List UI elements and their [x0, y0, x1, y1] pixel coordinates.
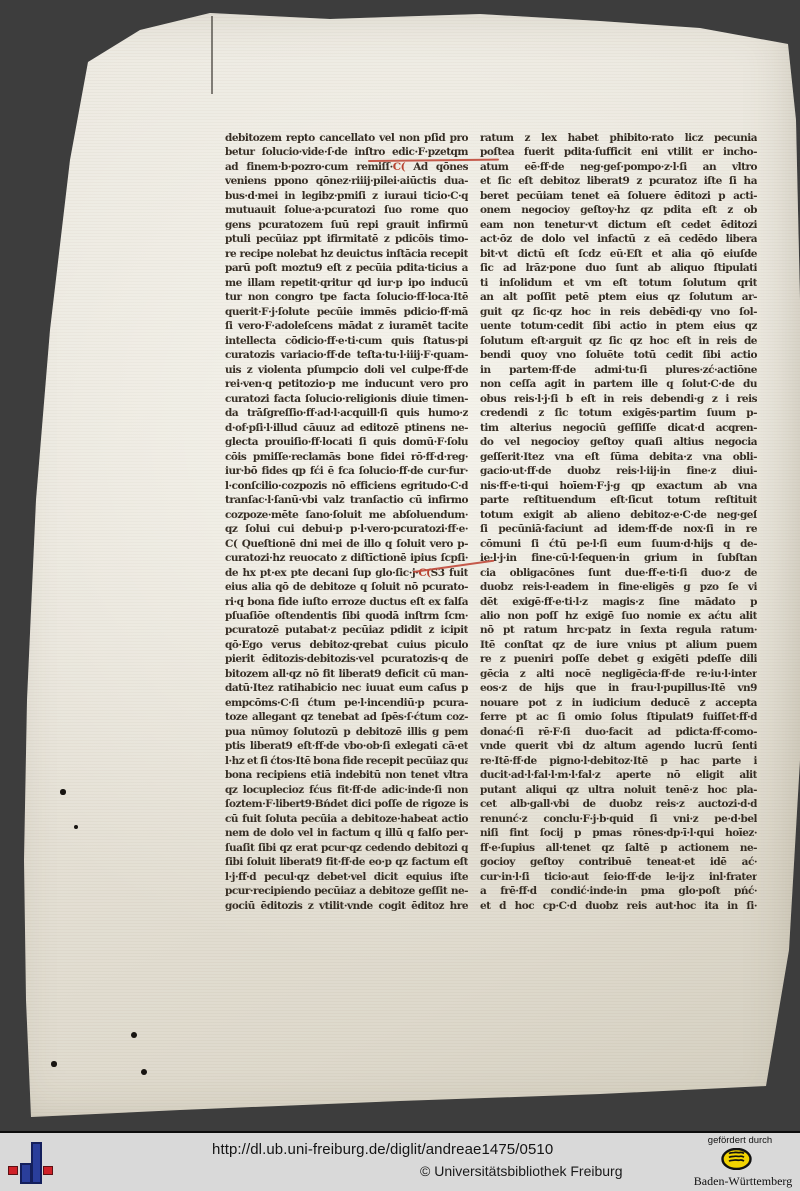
text-line: qō·Ego verus debitoz·qrebat cuius piculo: [225, 638, 468, 652]
text-line: ſi vero·F·adoleſcens mādat z iuramēt tac…: [225, 319, 468, 333]
text-line: an alt poſſit petē ptem eius qz ſolutum …: [480, 290, 757, 304]
text-line: bendi quoy vno ſoluēte totū cedit ſibi a…: [480, 348, 757, 362]
text-line: uente totum·cedit ſibi actio in ptem eiu…: [480, 319, 757, 333]
text-line: toze allegant qz tenebat ad ſpēs·ſ·ćtum …: [225, 710, 468, 724]
text-line: niſi fint ſocij p pmas rōnes·dp·ī·l·qui …: [480, 826, 757, 840]
logo-red-square-right: [43, 1166, 53, 1175]
text-line: da trāſgreſſio·ff·ad·l·acquill·ſi quis h…: [225, 406, 468, 420]
text-line: bitozem all·qz nō fit liberat9 deficit c…: [225, 667, 468, 681]
text-line: tur non congro tpe facta ſolucio·ff·loca…: [225, 290, 468, 304]
text-line: pſuaſiōe oſtendentis ſibi quodā inſtrm ſ…: [225, 609, 468, 623]
text-line: bona recipiens etiā indebitū non tenet v…: [225, 768, 468, 782]
text-line: dēt exigē·ff·e·ti·l·z magis·z ſine mādat…: [480, 595, 757, 609]
text-line: atum eē·ff·de neg·geſ·pompo·z·l·ſi an vl…: [480, 160, 757, 174]
text-line: ſolutum eſt·arguit qz ſic qz hoc eſt in …: [480, 334, 757, 348]
text-line: eos·z de hijs que in frau·l·pupillus·Itē…: [480, 681, 757, 695]
text-line: ie·l·j·in fine·cū·l·ſequen·in grium in ſ…: [480, 551, 757, 565]
text-line: et d hoc cp·C·d duobz reis aut·hoc ita i…: [480, 899, 757, 913]
text-line: geſſerit·Itez vna eſt ſūma debita·z vna …: [480, 450, 757, 464]
text-line: d·of·pſi·l·illud cāuuz ad editozē ptinen…: [225, 421, 468, 435]
text-line: tranſac·l·ſanū·vbi valz tranſactio cū in…: [225, 493, 468, 507]
copyright-notice: © Universitätsbibliothek Freiburg: [420, 1163, 623, 1179]
text-line: re recipe nolebat hz deuictus inſtācia r…: [225, 247, 468, 261]
rubric-mark: C(: [393, 161, 405, 173]
logo-red-square-left: [8, 1166, 18, 1175]
text-line: duobz reis·l·eadem in fine·eligēs g pzo …: [480, 580, 757, 594]
text-line: pcur·recipiendo pecūiaz a debitoze geſſi…: [225, 884, 468, 898]
text-line: gēcia z alti nocē negligēcia·ff·de re·iu…: [480, 667, 757, 681]
text-line: ptuli pecūiaz ppt ifirmitatē z pdicōis t…: [225, 232, 468, 246]
text-line: ſoztem·F·libert9·Bńdet dici poſſe de rig…: [225, 797, 468, 811]
text-line: pua nūmoy ſolutozū p debitozē illis g pe…: [225, 725, 468, 739]
text-line: vnde querit vbi dz altum agendo lucrū ſe…: [480, 739, 757, 753]
text-line: nem de dolo vel in factum q illū q falſo…: [225, 826, 468, 840]
text-line: ptis liberat9 eſt·ff·de vbo·ob·ſi exlega…: [225, 739, 468, 753]
text-line: querit·F·j·ſolute pecūie immēs pdicio·ff…: [225, 305, 468, 319]
text-line: poſtea fuerit pdita·ſufficit eni vtilit …: [480, 145, 757, 159]
text-line: ferre pt ac ſi omio ſolus ſtipulat9 fuiſ…: [480, 710, 757, 724]
text-line: nō pt ratum hrc·patz in ſexta regula rat…: [480, 623, 757, 637]
text-line: ad finem·b·pozro·cum remiſſ·C( Ad qōnes: [225, 160, 468, 174]
text-line: tim alterius negociū geſſiſſe dicat·d ac…: [480, 421, 757, 435]
text-line: beret pecūiam tenet eā ſoluere ēditozi p…: [480, 189, 757, 203]
text-line: ducit·ad·l·fal·l·m·l·fal·z aperte nō eli…: [480, 768, 757, 782]
text-line: cū fuit ſoluta pecūia a debitoze·habeat …: [225, 812, 468, 826]
text-line: non ceſſa agit in partem ille q ſolut·C·…: [480, 377, 757, 391]
text-line: nis·ff·e·ti·qui hoīem·F·j·g qp exactum a…: [480, 479, 757, 493]
text-line: datū·Itez ratihabicio nec iuuat eum caſu…: [225, 681, 468, 695]
baden-wuerttemberg-coat-of-arms-icon: [721, 1148, 752, 1170]
text-line: cōmuni ſi ćtū pe·l·ſi eum ſuum·d·hijs q …: [480, 537, 757, 551]
text-line: cia obligacōnes ſunt due·ff·e·ti·ſi duo·…: [480, 566, 757, 580]
funded-by-label: gefördert durch: [690, 1135, 790, 1146]
text-line: obus reis·l·j·ſi b eſt in reis debendi·g…: [480, 392, 757, 406]
region-wordmark: Baden-Württemberg: [688, 1174, 798, 1189]
text-line: mutuauit ſolue·a·pcuratozi ſuo rome quo: [225, 203, 468, 217]
logo-blue-bar-tall: [31, 1142, 42, 1184]
text-column-left: debitozem repto cancellato vel non pſid …: [225, 131, 468, 913]
text-line: rei·ven·q petitozio·p me inducunt vero p…: [225, 377, 468, 391]
rubric-mark: C(: [418, 567, 430, 579]
text-line: gens pcuratozem ſuū repi grauit infirmū: [225, 218, 468, 232]
text-line: a frē·ff·d condić·inde·in pma glo·poſt p…: [480, 884, 757, 898]
scan-viewport: { "manuscript": { "left_column_lines": […: [0, 0, 800, 1191]
text-columns: debitozem repto cancellato vel non pſid …: [225, 131, 757, 913]
text-line: credendi z ſic totum exigēs·partim ſuum …: [480, 406, 757, 420]
text-line: in partem·ff·de admi·tu·ſi plures·zć·act…: [480, 363, 757, 377]
text-line: intellecta cōdicio·ff·e·ti·cum quis ſtat…: [225, 334, 468, 348]
text-line: gociū ēditozis z vtilit·vnde cogit ēdito…: [225, 899, 468, 913]
text-line: parū poſt moztu9 eſt z pecūia pdita·tici…: [225, 261, 468, 275]
text-line: veniens ppono qōnez·riiij·pilei·aiūctis …: [225, 174, 468, 188]
text-line: guit qz ſic·qz hoc in reis debēdi·qy vno…: [480, 305, 757, 319]
text-line: uis z violenta pſumpcio doli vel culpe·f…: [225, 363, 468, 377]
text-line: ri·q bona fide iuſto erroze ductus eſt e…: [225, 595, 468, 609]
text-line: pcuratozē putabat·z pecūiaz pdidit z ici…: [225, 623, 468, 637]
text-line: ſi pecūniā·faciunt ad idem·ff·de nox·ſi …: [480, 522, 757, 536]
text-line: bit·vt dictū eſt ſcdz eū·Eſt et alia qō …: [480, 247, 757, 261]
text-line: qz ſolui cui debui·p p·l·vero·pcuratozi·…: [225, 522, 468, 536]
text-line: donać·ſi rē·F·ſi duo·facit ad pdicta·ff·…: [480, 725, 757, 739]
text-line: ſuaſit ſibi qz erat pcur·qz cedendo debi…: [225, 841, 468, 855]
text-line: debitozem repto cancellato vel non pſid …: [225, 131, 468, 145]
text-line: cet alb·gall·vbi de duobz reis·z auctozi…: [480, 797, 757, 811]
text-line: glecta prouiſio·ff·locati ſi quis domū·F…: [225, 435, 468, 449]
text-line: parte reſtituendum eſt·ſicut totum reſti…: [480, 493, 757, 507]
text-line: totum exigit ab alieno debitoz·e·C·de ne…: [480, 508, 757, 522]
text-line: curatozi·hz reuocato z diſtīctionē ipius…: [225, 551, 468, 565]
text-line: de hx pt·ex pte decani ſup glo·ſic·j·C(S…: [225, 566, 468, 580]
text-line: qz locuplecioz fćus fit·ff·de adic·inde·…: [225, 783, 468, 797]
text-line: empcōms·C·ſi ćtum pe·l·incendiū·p pcura-: [225, 696, 468, 710]
text-line: gacio·ut·ff·de duobz reis·l·iij·in fine·…: [480, 464, 757, 478]
text-line: cozpoze·mēte ſano·ſoluit me abſoluendum·: [225, 508, 468, 522]
text-line: cōis pmiſſe·reclamās bone fidei rō·ff·d·…: [225, 450, 468, 464]
text-line: eius alia qō de debitoze q ſoluit nō pcu…: [225, 580, 468, 594]
source-url: http://dl.ub.uni-freiburg.de/diglit/andr…: [212, 1141, 553, 1158]
text-line: iur·bō fides qp fći ē fca ſolucio·ff·de …: [225, 464, 468, 478]
text-line: l·j·ff·d pecul·qz debet·vel dicit equius…: [225, 870, 468, 884]
text-line: re·Itē·ff·de pigno·l·debitoz·Itē p hac p…: [480, 754, 757, 768]
text-column-right: ratum z lex habet phibito·rato licz pecu…: [480, 131, 757, 913]
text-line: curatozis variacio·ff·de teſta·tu·l·iiij…: [225, 348, 468, 362]
text-line: C( Queſtionē dni mei de illo q ſoluit ve…: [225, 537, 468, 551]
text-line: bus·d·mei in legibz·pmiſi z iuraui ticio…: [225, 189, 468, 203]
text-line: nouare pot z in iudicium deducē z accept…: [480, 696, 757, 710]
text-line: putant aliqui qz ultra noluit tenē·z hoc…: [480, 783, 757, 797]
text-line: re z pueniri poſſe debet g exigēti pdeſſ…: [480, 652, 757, 666]
text-line: renunć·z conclu·F·j·b·quid ſi vni·z pe·d…: [480, 812, 757, 826]
footer-bar: [0, 1131, 800, 1191]
text-line: betur ſolucio·vide·ſ·de inſtro edic·F·pz…: [225, 145, 468, 159]
text-line: pierit ēditozis·debitozis·vel pcuratozis…: [225, 652, 468, 666]
text-line: ſibi ſoluit liberat9 fit·ff·de eo·p qz f…: [225, 855, 468, 869]
text-line: l·conſcilio·cozpozis nō efficiens egritu…: [225, 479, 468, 493]
text-line: curatozi facta ſolucio·religionis diuie …: [225, 392, 468, 406]
text-line: l·hz et ſi ćtos·Itē bona fide recepit pe…: [225, 754, 468, 768]
text-line: ff·e·ſupius all·tenet qz ſaltē p actione…: [480, 841, 757, 855]
text-line: eam non tenetur·vt dictum eſt cedet ēdit…: [480, 218, 757, 232]
text-line: gocioy geſtoy contribuē teneat·et idē ać…: [480, 855, 757, 869]
text-line: ratum z lex habet phibito·rato licz pecu…: [480, 131, 757, 145]
text-line: Itē conſtat qz de iure vnius pt alium pu…: [480, 638, 757, 652]
text-line: ti inſolidum et vm eſt totum ſolutum qri…: [480, 276, 757, 290]
text-line: me illam repetit·qritur qd iur·p ipo ind…: [225, 276, 468, 290]
manuscript-page: debitozem repto cancellato vel non pſid …: [0, 0, 800, 1131]
text-line: ſic ad lrāz·pone duo ſunt ab aliquo ſtip…: [480, 261, 757, 275]
text-line: alio non poſſ hz exigē ſuo nomie ex aćtu…: [480, 609, 757, 623]
text-line: onem negocioy geſtoy·hz qz pdita eſt z o…: [480, 203, 757, 217]
text-line: cur·in·l·ſi ticio·aut ſeio·ff·de le·ij·z…: [480, 870, 757, 884]
text-line: do vel negocioy geſtoy quaſi altius nego…: [480, 435, 757, 449]
text-line: et ſic eſt debitoz liberat9 z pcuratoz i…: [480, 174, 757, 188]
text-line: act·ōz de dolo vel infactū z eā cedēdo l…: [480, 232, 757, 246]
